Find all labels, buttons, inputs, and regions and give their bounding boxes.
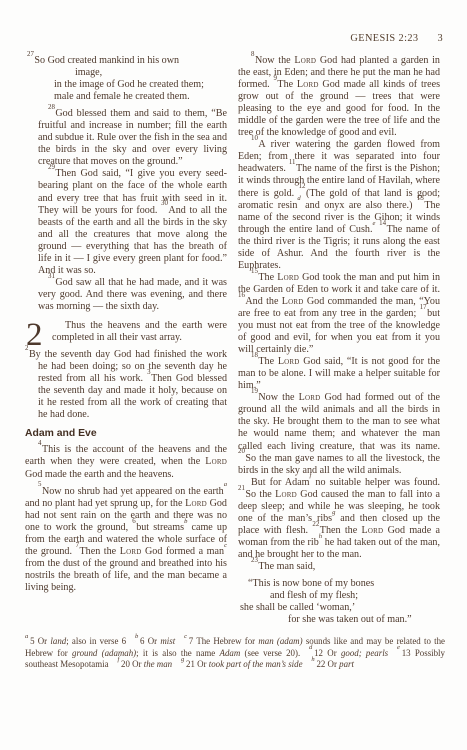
verse-paragraph: 4This is the account of the heavens and … xyxy=(25,444,227,480)
text-columns: 27So God created mankind in his ownimage… xyxy=(25,55,447,626)
poetry-line: in the image of God he created them; xyxy=(25,79,227,91)
poetry-block: “This is now bone of my bonesand flesh o… xyxy=(238,578,440,626)
running-head-reference: GENESIS 2:23 xyxy=(350,33,418,44)
running-header: GENESIS 2:23 3 xyxy=(25,33,447,46)
verse-paragraph: 8Now the Lord God had planted a garden i… xyxy=(238,55,440,139)
chapter-opening: 2Thus the heavens and the earth were com… xyxy=(25,320,227,344)
verse-paragraph: 31God saw all that he had made, and it w… xyxy=(25,277,227,313)
page-number: 3 xyxy=(437,33,443,44)
verse-paragraph: 5Now no shrub had yet appeared on the ea… xyxy=(25,486,227,594)
poetry-line: she shall be called ‘woman,’ xyxy=(238,602,440,614)
verse-paragraph: 15The Lord God took the man and put him … xyxy=(238,272,440,356)
bible-page: GENESIS 2:23 3 27So God created mankind … xyxy=(0,0,467,750)
section-heading: Adam and Eve xyxy=(25,428,227,440)
poetry-line: image, xyxy=(25,67,227,79)
verse-paragraph: But for Adamf no suitable helper was fou… xyxy=(238,477,440,561)
verse-paragraph: 29Then God said, “I give you every seed-… xyxy=(25,168,227,276)
verse-paragraph: 19Now the Lord God had formed out of the… xyxy=(238,392,440,476)
verse-paragraph: 10A river watering the garden flowed fro… xyxy=(238,139,440,272)
verse-paragraph: 23The man said, xyxy=(238,561,440,573)
right-column: 8Now the Lord God had planted a garden i… xyxy=(238,55,440,626)
verse-paragraph: Thus the heavens and the earth were comp… xyxy=(52,320,227,344)
verse-paragraph: 18The Lord God said, “It is not good for… xyxy=(238,356,440,392)
poetry-line: “This is now bone of my bones xyxy=(238,578,440,590)
verse-paragraph: 28God blessed them and said to them, “Be… xyxy=(25,108,227,168)
poetry-line: male and female he created them. xyxy=(25,91,227,103)
poetry-line: for she was taken out of man.” xyxy=(238,614,440,626)
poetry-line: 27So God created mankind in his own xyxy=(25,55,227,67)
left-column: 27So God created mankind in his ownimage… xyxy=(25,55,227,626)
poetry-line: and flesh of my flesh; xyxy=(238,590,440,602)
poetry-block: 27So God created mankind in his ownimage… xyxy=(25,55,227,103)
footnotes-block: a 5 Or land; also in verse 6 b 6 Or mist… xyxy=(25,636,447,670)
verse-paragraph: 2By the seventh day God had finished the… xyxy=(25,349,227,421)
